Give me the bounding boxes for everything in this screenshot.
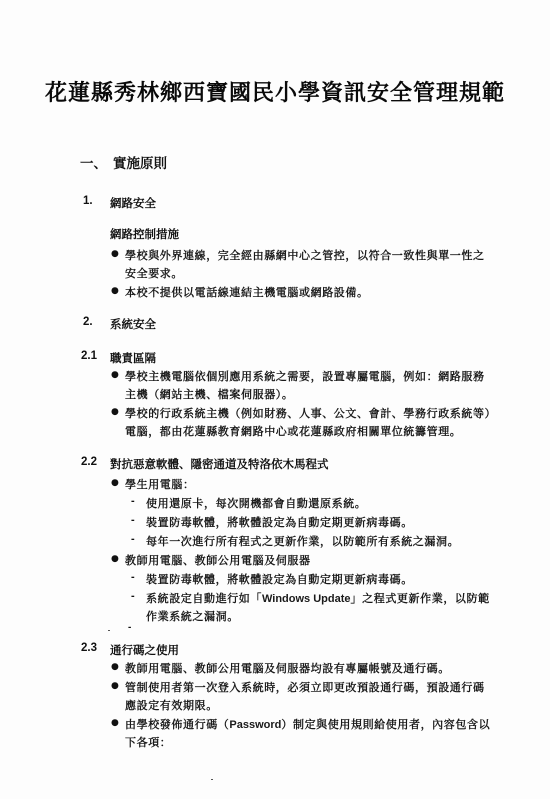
list-item-text: 主機（網站主機、檔案伺服器）。 — [125, 386, 294, 402]
windows-update-term: Windows Update — [262, 593, 351, 605]
list-item-text: 電腦，都由花蓮縣教育網路中心或花蓮縣政府相關單位統籌管理。 — [125, 423, 461, 439]
list-item-text: 學校的行政系統主機（例如財務、人事、公文、會計、學務行政系統等） — [125, 405, 496, 421]
bullet-icon: ● — [111, 286, 119, 296]
sub-item-text: 每年一次進行所有程式之更新作業，以防範所有系統之漏洞。 — [146, 533, 459, 549]
list-item-text: 本校不提供以電話線連結主機電腦或網路設備。 — [125, 284, 369, 300]
bullet-icon: ● — [111, 249, 119, 259]
item-1-subheading: 網路控制措施 — [110, 226, 179, 242]
bullet-icon: ● — [111, 407, 119, 417]
list-item-label: 教師用電腦、教師公用電腦及伺服器 — [125, 552, 311, 568]
list-item-text: 學校主機電腦依個別應用系統之需要，設置專屬電腦，例如：網路服務 — [125, 368, 485, 384]
document-page: 花蓮縣秀林鄉西寶國民小學資訊安全管理規範 一、 實施原則 1. 網路安全 網路控… — [0, 0, 550, 799]
section-number: 一、 — [80, 152, 107, 172]
trailing-dash-marker: - — [128, 622, 131, 633]
subsection-2-1-number: 2.1 — [81, 350, 97, 362]
item-2-number: 2. — [83, 316, 93, 328]
subsection-2-2-heading: 對抗惡意軟體、隱密通道及特洛依木馬程式 — [110, 456, 329, 472]
sub-item-text: 裝置防毒軟體，將軟體設定為自動定期更新病毒碼。 — [146, 571, 413, 587]
sub-item-text: 系統設定自動進行如「Windows Update」之程式更新作業，以防範 — [146, 590, 490, 606]
dash-marker: - — [131, 590, 135, 602]
bullet-icon: ● — [111, 662, 119, 672]
list-item-text: 教師用電腦、教師公用電腦及伺服器均設有專屬帳號及通行碼。 — [125, 660, 450, 676]
sub-item-text-part: 」之程式更新作業，以防範 — [351, 592, 490, 605]
list-item-text: 下各項： — [125, 734, 171, 750]
scan-speck — [108, 630, 110, 631]
subsection-2-3-number: 2.3 — [81, 642, 97, 654]
scan-speck — [211, 779, 213, 780]
item-2-heading: 系統安全 — [110, 316, 156, 332]
item-1-heading: 網路安全 — [110, 195, 156, 211]
list-item-text: 學校與外界連線，完全經由縣網中心之管控，以符合一致性與單一性之 — [125, 247, 485, 263]
sub-item-text: 使用還原卡，每次開機都會自動還原系統。 — [146, 495, 366, 511]
subsection-2-2-number: 2.2 — [81, 456, 97, 468]
list-item-text-part: 由學校發佈通行碼（ — [125, 718, 229, 731]
bullet-icon: ● — [111, 718, 119, 728]
bullet-icon: ● — [111, 478, 119, 488]
sub-item-text-part: 系統設定自動進行如「 — [146, 592, 262, 605]
list-item-text: 管制使用者第一次登入系統時，必須立即更改預設通行碼，預設通行碼 — [125, 679, 485, 695]
section-heading: 實施原則 — [113, 152, 167, 172]
dash-marker: - — [131, 571, 135, 583]
dash-marker: - — [131, 514, 135, 526]
bullet-icon: ● — [111, 681, 119, 691]
sub-item-text: 作業系統之漏洞。 — [146, 608, 239, 624]
subsection-2-3-heading: 通行碼之使用 — [110, 642, 179, 658]
dash-marker: - — [131, 495, 135, 507]
list-item-text: 應設定有效期限。 — [125, 697, 218, 713]
list-item-label: 學生用電腦： — [125, 476, 195, 492]
subsection-2-1-heading: 職責區隔 — [110, 350, 156, 366]
dash-marker: - — [131, 533, 135, 545]
document-title: 花蓮縣秀林鄉西寶國民小學資訊安全管理規範 — [0, 76, 550, 107]
item-1-number: 1. — [83, 195, 93, 207]
bullet-icon: ● — [111, 370, 119, 380]
list-item-text-part: ）制定與使用規則給使用者，內容包含以 — [281, 718, 490, 731]
sub-item-text: 裝置防毒軟體，將軟體設定為自動定期更新病毒碼。 — [146, 514, 413, 530]
password-term: Password — [229, 719, 281, 731]
list-item-text: 安全要求。 — [125, 265, 183, 281]
bullet-icon: ● — [111, 554, 119, 564]
list-item-text: 由學校發佈通行碼（Password）制定與使用規則給使用者，內容包含以 — [125, 716, 490, 732]
